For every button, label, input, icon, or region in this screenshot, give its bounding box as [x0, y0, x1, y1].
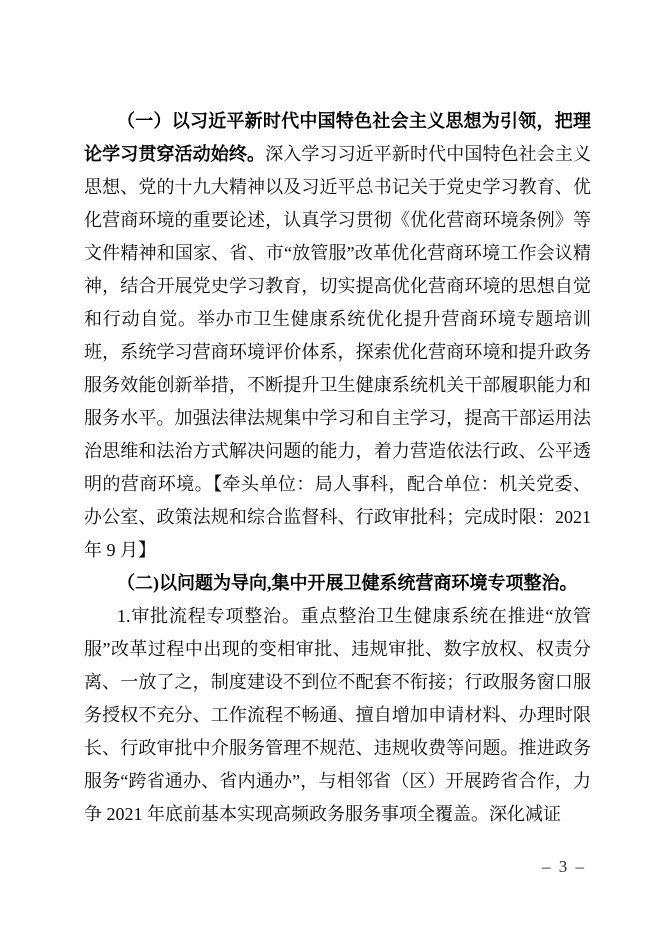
document-page: （一）以习近平新时代中国特色社会主义思想为引领，把理论学习贯穿活动始终。深入学习… [0, 0, 666, 943]
section-3-text: 1.审批流程专项整治。重点整治卫生健康系统在推进“放管服”改革过程中出现的变相审… [84, 606, 591, 824]
paragraph-section-3: 1.审批流程专项整治。重点整治卫生健康系统在推进“放管服”改革过程中出现的变相审… [84, 600, 591, 831]
section-2-heading: （二)以问题为导向,集中开展卫健系统营商环境专项整治。 [117, 573, 578, 593]
page-number: – 3 – [542, 856, 586, 878]
paragraph-section-1: （一）以习近平新时代中国特色社会主义思想为引领，把理论学习贯穿活动始终。深入学习… [84, 105, 591, 567]
section-1-text: 深入学习习近平新时代中国特色社会主义思想、党的十九大精神以及习近平总书记关于党史… [84, 144, 591, 560]
paragraph-section-2: （二)以问题为导向,集中开展卫健系统营商环境专项整治。 [84, 567, 591, 600]
document-body: （一）以习近平新时代中国特色社会主义思想为引领，把理论学习贯穿活动始终。深入学习… [84, 105, 591, 831]
